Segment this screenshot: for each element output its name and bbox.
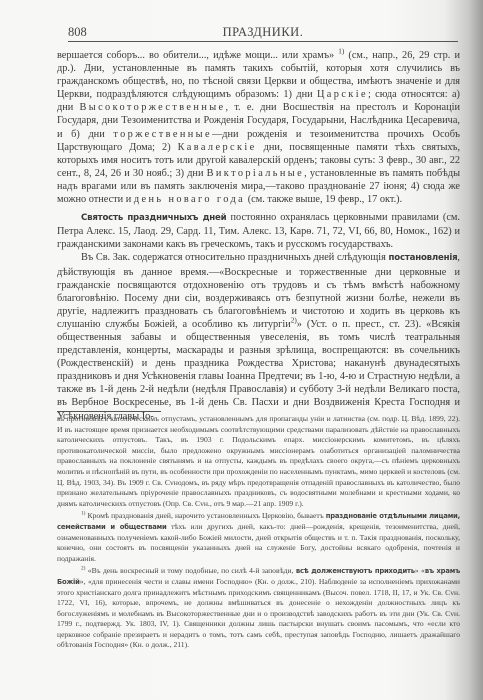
footnotes: въ противовѣсъ католическимъ отпустамъ, … [57, 414, 460, 651]
term-new-year: день новаго года [134, 194, 245, 205]
term-tsarskie: Царскіе [317, 89, 368, 100]
paragraph-sanctity: Святость праздничныхъ дней постоянно охр… [57, 211, 460, 251]
paragraph-royal-days: вершается соборъ... во обители..., идѣже… [57, 49, 460, 206]
term-postanovleniya: постановленія [389, 253, 458, 263]
term-viktorialnye: Викторіальные [207, 168, 304, 179]
term-torzhestvennye: торжественные [113, 129, 212, 140]
paragraph-regulations: Въ Св. Зак. содержатся относительно праз… [57, 251, 460, 422]
term-vysokotorzhestvennye: Высокоторжественные [80, 102, 226, 113]
book-page: 808 ПРАЗДНИКИ. вершается соборъ... во об… [0, 0, 483, 700]
term-kavalerskie: Кавалерскіе [178, 142, 257, 153]
page-header: 808 ПРАЗДНИКИ. [68, 25, 458, 42]
footnote-2: 2) «Въ день воскресный и тому подобные, … [57, 566, 460, 651]
footnote-divider [57, 411, 161, 412]
footnote-continuation: въ противовѣсъ католическимъ отпустамъ, … [57, 414, 460, 509]
footnote-1: 1) Кромѣ празднованія дней, нарочито уст… [57, 511, 460, 564]
running-title: ПРАЗДНИКИ. [68, 25, 458, 40]
section-heading-sanctity: Святость праздничныхъ дней [81, 213, 227, 223]
main-text: вершается соборъ... во обители..., идѣже… [57, 49, 460, 423]
